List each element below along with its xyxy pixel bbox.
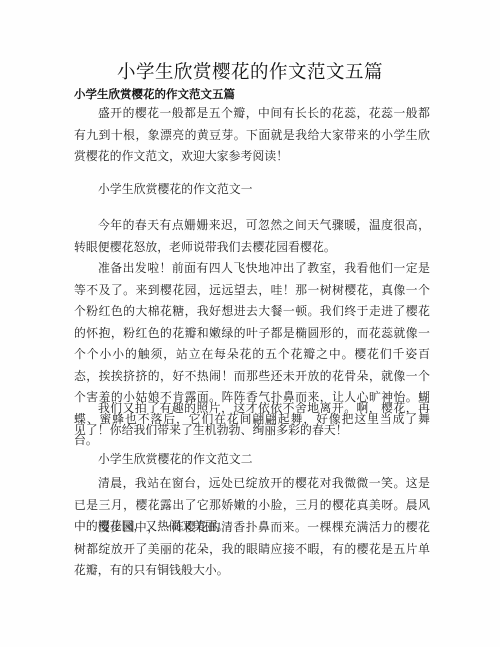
document-subtitle: 小学生欣赏樱花的作文范文五篇 (74, 86, 235, 102)
section-1-paragraph-3: 我们又拍了有趣的照片，这才依依不舍地离开。啊，樱花，再见了！你给我们带来了生机勃… (74, 398, 430, 441)
section-2-paragraph-2: 漫步园中，一阵樱花的清香扑鼻而来。一棵棵充满活力的樱花树都绽放开了美丽的花朵，我… (74, 517, 430, 582)
intro-paragraph: 盛开的樱花一般都是五个瓣，中间有长长的花蕊，花蕊一般都有九到十根，象漂亮的黄豆芽… (74, 103, 430, 168)
section-heading-2: 小学生欣赏樱花的作文范文二 (98, 450, 253, 467)
section-heading-1: 小学生欣赏樱花的作文范文一 (98, 180, 253, 197)
section-1-paragraph-1: 今年的春天有点姗姗来迟，可忽然之间天气骤暖，温度很高，转眼便樱花怒放，老师说带我… (74, 215, 430, 258)
document-page: 小学生欣赏樱花的作文范文五篇 小学生欣赏樱花的作文范文五篇 盛开的樱花一般都是五… (0, 0, 500, 647)
document-title: 小学生欣赏樱花的作文范文五篇 (0, 58, 500, 84)
